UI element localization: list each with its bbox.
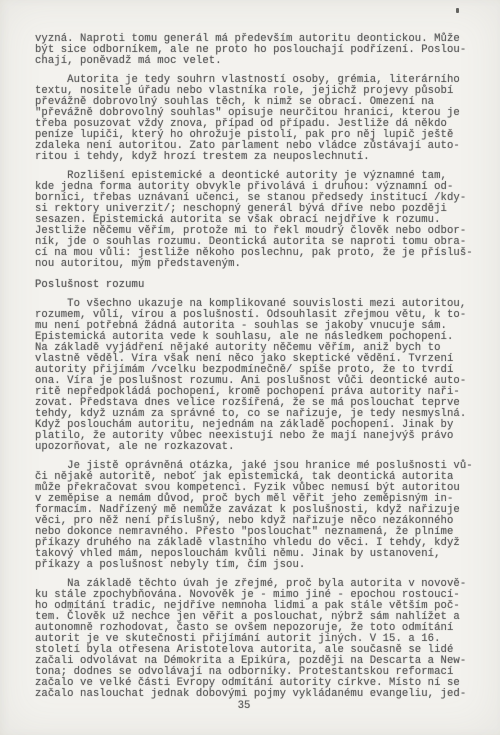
scanned-document-page: vyzná. Naproti tomu generál má především…	[0, 0, 500, 735]
paragraph: Rozlišení epistemické a deontické autori…	[35, 171, 475, 270]
text-line: začalo naslouchat jednak dobovými pojmy …	[35, 689, 475, 700]
section-heading: Poslušnost rozumu	[35, 280, 475, 291]
text-block: vyzná. Naproti tomu generál má především…	[35, 34, 475, 708]
scan-artifact-speck	[456, 8, 459, 13]
page-number: 35	[0, 701, 488, 712]
text-line: chají, poněvadž má moc velet.	[35, 56, 475, 67]
paragraph: To všechno ukazuje na komplikované souvi…	[35, 299, 475, 453]
heading-line: Poslušnost rozumu	[35, 280, 475, 291]
text-line: příkazy a poslušnost nebyly tím, čím jso…	[35, 560, 475, 571]
paragraph: vyzná. Naproti tomu generál má především…	[35, 34, 475, 67]
paragraph: Autorita je tedy souhrn vlastností osoby…	[35, 75, 475, 163]
text-line: nou autoritou, mým představeným.	[35, 259, 475, 270]
text-line: ritou i tehdy, když hrozí trestem za neu…	[35, 152, 475, 163]
text-line: upozorňovat, ale ne rozkazovat.	[35, 442, 475, 453]
paragraph: Je jistě oprávněná otázka, jaké jsou hra…	[35, 461, 475, 571]
paragraph: Na základě těchto úvah je zřejmé, proč b…	[35, 579, 475, 700]
